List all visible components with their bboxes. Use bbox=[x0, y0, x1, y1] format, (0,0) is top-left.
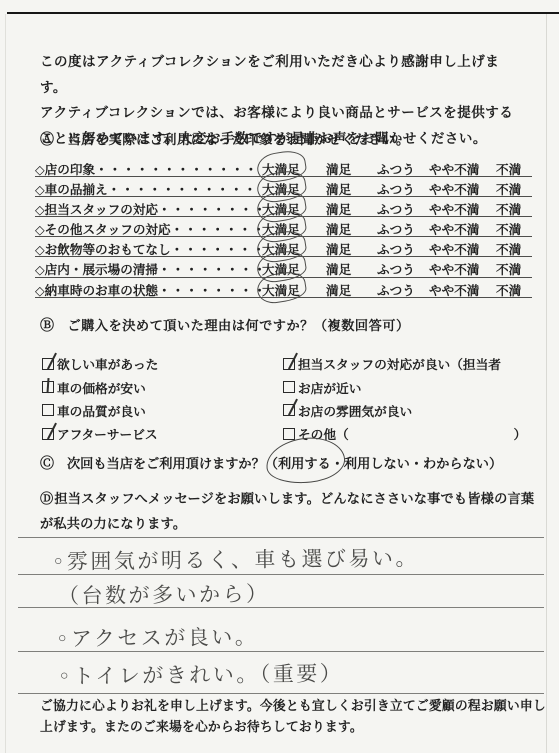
rating-option: 不満 bbox=[496, 259, 521, 278]
intro-line: アクティブコレクションでは、お客様により良い商品とサービスを提供する bbox=[40, 101, 520, 127]
rating-option: 不満 bbox=[496, 219, 521, 238]
checkbox-icon bbox=[283, 381, 295, 393]
section-a-header: Ⓐ当店を実際にご利用になった印象をお聞かせください。 bbox=[40, 129, 410, 149]
rating-option: 不満 bbox=[496, 280, 521, 299]
rating-option: ふつう bbox=[377, 280, 415, 299]
checkbox-label: 担当スタッフの対応が良い（担当者 ） bbox=[298, 354, 559, 373]
handwritten-line: ◦雰囲気が明るく、車も選び易い。 bbox=[52, 542, 419, 576]
rating-option: ふつう bbox=[377, 199, 415, 218]
checkbox-icon bbox=[42, 358, 54, 370]
checkbox-icon bbox=[283, 428, 295, 440]
rating-option: 満足 bbox=[326, 179, 351, 198]
scan-edge-top bbox=[7, 12, 559, 14]
handwritten-line: （台数が多いから） bbox=[58, 578, 270, 610]
section-c-prefix: 次回も当店をご利用頂けますか？（ bbox=[67, 457, 278, 472]
intro-line: この度はアクティブコレクションをご利用いただき心より感謝申し上げます。 bbox=[40, 50, 520, 101]
rating-table: ◇店の印象・・・・・・・・・・・・・・・・ 大満足 満足 ふつう やや不満 不満… bbox=[35, 157, 532, 298]
checkbox-label: その他（ ） bbox=[298, 424, 526, 443]
section-d-prompt: Ⓓ担当スタッフへメッセージをお願いします。どんなにささいな事でも皆様の言葉が私共… bbox=[40, 487, 539, 537]
rating-row: ◇納車時のお車の状態・・・・・・・・・・ 大満足 満足 ふつう やや不満 不満 bbox=[35, 278, 532, 298]
rating-option: ふつう bbox=[377, 159, 415, 178]
handwritten-line: ◦トイレがきれい。（重要） bbox=[58, 658, 344, 691]
rating-option: やや不満 bbox=[429, 219, 479, 238]
rating-row: ◇お飲物等のおもてなし・・・・・・・・・ 大満足 満足 ふつう やや不満 不満 bbox=[35, 237, 532, 257]
checkbox-icon bbox=[42, 381, 54, 393]
section-c-question: Ⓒ次回も当店をご利用頂けますか？（利用する・利用しない・わからない） bbox=[40, 453, 502, 473]
rating-option: ふつう bbox=[377, 239, 415, 258]
message-writing-line bbox=[18, 693, 544, 694]
checkbox-label: 車の価格が安い bbox=[57, 378, 146, 397]
scanned-survey-page: この度はアクティブコレクションをご利用いただき心より感謝申し上げます。 アクティ… bbox=[0, 0, 559, 753]
checkbox-icon bbox=[283, 358, 295, 370]
message-writing-line bbox=[18, 574, 544, 575]
message-writing-line bbox=[18, 537, 544, 538]
rating-row: ◇車の品揃え・・・・・・・・・・・・・・ 大満足 満足 ふつう やや不満 不満 bbox=[35, 177, 532, 197]
rating-option: 満足 bbox=[326, 219, 351, 238]
checkbox-option: 担当スタッフの対応が良い（担当者 ） bbox=[283, 352, 533, 375]
checkbox-column-left: 欲しい車があった 車の価格が安い 車の品質が良い アフターサービス bbox=[42, 352, 277, 446]
rating-option: 満足 bbox=[326, 199, 351, 218]
message-writing-line bbox=[18, 607, 544, 608]
rating-option: やや不満 bbox=[429, 280, 479, 299]
rating-option: やや不満 bbox=[429, 159, 479, 178]
checkbox-option: 車の品質が良い bbox=[42, 399, 277, 422]
section-d-text: 担当スタッフへメッセージをお願いします。どんなにささいな事でも皆様の言葉が私共の… bbox=[40, 492, 534, 532]
rating-option: やや不満 bbox=[429, 179, 479, 198]
dot-leader: ・・・・・・・・・・ bbox=[158, 283, 261, 298]
scan-edge-right bbox=[546, 14, 547, 753]
rating-row-label: ◇店内・展示場の清掃・・・・・・・・・・ bbox=[35, 259, 261, 278]
rating-option: ふつう bbox=[377, 259, 415, 278]
rating-row-label: ◇その他スタッフの対応・・・・・・・・・ bbox=[35, 219, 261, 238]
section-a-marker: Ⓐ bbox=[40, 132, 55, 148]
closing-paragraph: ご協力に心よりお礼を申し上げます。今後とも宜しくお引き立てご愛顧の程お願い申し上… bbox=[40, 697, 546, 738]
rating-row: ◇担当スタッフの対応・・・・・・・・・・ 大満足 満足 ふつう やや不満 不満 bbox=[35, 197, 532, 217]
handwritten-line: ◦アクセスが良い。 bbox=[56, 621, 259, 653]
dot-leader: ・・・・・・・・・・ bbox=[158, 262, 261, 277]
section-b-marker: Ⓑ bbox=[40, 318, 55, 334]
dot-leader: ・・・・・・・・・・・・・・・・ bbox=[95, 162, 261, 177]
rating-row-label: ◇お飲物等のおもてなし・・・・・・・・・ bbox=[35, 239, 261, 258]
section-b-title: ご購入を決めて頂いた理由は何ですか？（複数回答可） bbox=[68, 319, 410, 334]
rating-option: ふつう bbox=[377, 179, 415, 198]
checkbox-option: 欲しい車があった bbox=[42, 352, 277, 375]
rating-option-selected: 大満足 bbox=[262, 280, 300, 299]
checkbox-option: アフターサービス bbox=[42, 422, 277, 445]
checkbox-label: お店の雰囲気が良い bbox=[298, 401, 412, 420]
message-writing-line bbox=[18, 651, 544, 652]
checkbox-option: その他（ ） bbox=[283, 422, 533, 445]
rating-option-selected: 大満足 bbox=[262, 259, 300, 278]
section-a-title: 当店を実際にご利用になった印象をお聞かせください。 bbox=[68, 133, 410, 148]
checkbox-icon bbox=[42, 428, 54, 440]
checkbox-column-right: 担当スタッフの対応が良い（担当者 ） お店が近い お店の雰囲気が良い その他（ … bbox=[283, 352, 533, 446]
checkbox-icon bbox=[42, 404, 54, 416]
section-d-marker: Ⓓ bbox=[40, 492, 53, 507]
rating-option-selected: 大満足 bbox=[262, 219, 300, 238]
checkbox-label: 車の品質が良い bbox=[57, 401, 146, 420]
rating-row: ◇その他スタッフの対応・・・・・・・・・ 大満足 満足 ふつう やや不満 不満 bbox=[35, 217, 532, 237]
rating-option: 満足 bbox=[326, 280, 351, 299]
rating-option: 不満 bbox=[496, 239, 521, 258]
checkbox-option: お店が近い bbox=[283, 375, 533, 398]
rating-option: ふつう bbox=[377, 219, 415, 238]
dot-leader: ・・・・・・・・・・ bbox=[158, 202, 261, 217]
dot-leader: ・・・・・・・・・・・・・・ bbox=[108, 182, 261, 197]
rating-option-selected: 大満足 bbox=[262, 179, 300, 198]
rating-option: やや不満 bbox=[429, 239, 479, 258]
selected-answer: 利用する bbox=[278, 453, 331, 472]
rating-option: 不満 bbox=[496, 179, 521, 198]
rating-option: 満足 bbox=[326, 159, 351, 178]
checkbox-icon bbox=[283, 404, 295, 416]
section-b-header: Ⓑご購入を決めて頂いた理由は何ですか？（複数回答可） bbox=[40, 315, 410, 335]
section-c-suffix: ・利用しない・わからない） bbox=[331, 457, 502, 472]
rating-option: 不満 bbox=[496, 159, 521, 178]
checkbox-label: 欲しい車があった bbox=[57, 354, 158, 373]
dot-leader: ・・・・・・・・・ bbox=[171, 222, 261, 237]
checkbox-option: 車の価格が安い bbox=[42, 375, 277, 398]
rating-option: やや不満 bbox=[429, 259, 479, 278]
rating-row-label: ◇担当スタッフの対応・・・・・・・・・・ bbox=[35, 199, 261, 218]
rating-option: 不満 bbox=[496, 199, 521, 218]
scan-edge-left bbox=[5, 14, 6, 753]
checkbox-label: お店が近い bbox=[298, 378, 361, 397]
rating-row: ◇店の印象・・・・・・・・・・・・・・・・ 大満足 満足 ふつう やや不満 不満 bbox=[35, 157, 532, 177]
rating-option: 満足 bbox=[326, 259, 351, 278]
rating-option: 満足 bbox=[326, 239, 351, 258]
rating-option-selected: 大満足 bbox=[262, 199, 300, 218]
rating-option-selected: 大満足 bbox=[262, 239, 300, 258]
selected-answer-label: 利用する bbox=[278, 457, 331, 472]
rating-row-label: ◇車の品揃え・・・・・・・・・・・・・・ bbox=[35, 179, 261, 198]
dot-leader: ・・・・・・・・・ bbox=[171, 242, 261, 257]
checkbox-label: アフターサービス bbox=[57, 424, 158, 443]
rating-row: ◇店内・展示場の清掃・・・・・・・・・・ 大満足 満足 ふつう やや不満 不満 bbox=[35, 257, 532, 277]
rating-row-label: ◇店の印象・・・・・・・・・・・・・・・・ bbox=[35, 159, 261, 178]
rating-option-selected: 大満足 bbox=[262, 159, 300, 178]
checkbox-option: お店の雰囲気が良い bbox=[283, 399, 533, 422]
rating-row-label: ◇納車時のお車の状態・・・・・・・・・・ bbox=[35, 280, 261, 299]
rating-option: やや不満 bbox=[429, 199, 479, 218]
section-c-marker: Ⓒ bbox=[40, 456, 54, 472]
